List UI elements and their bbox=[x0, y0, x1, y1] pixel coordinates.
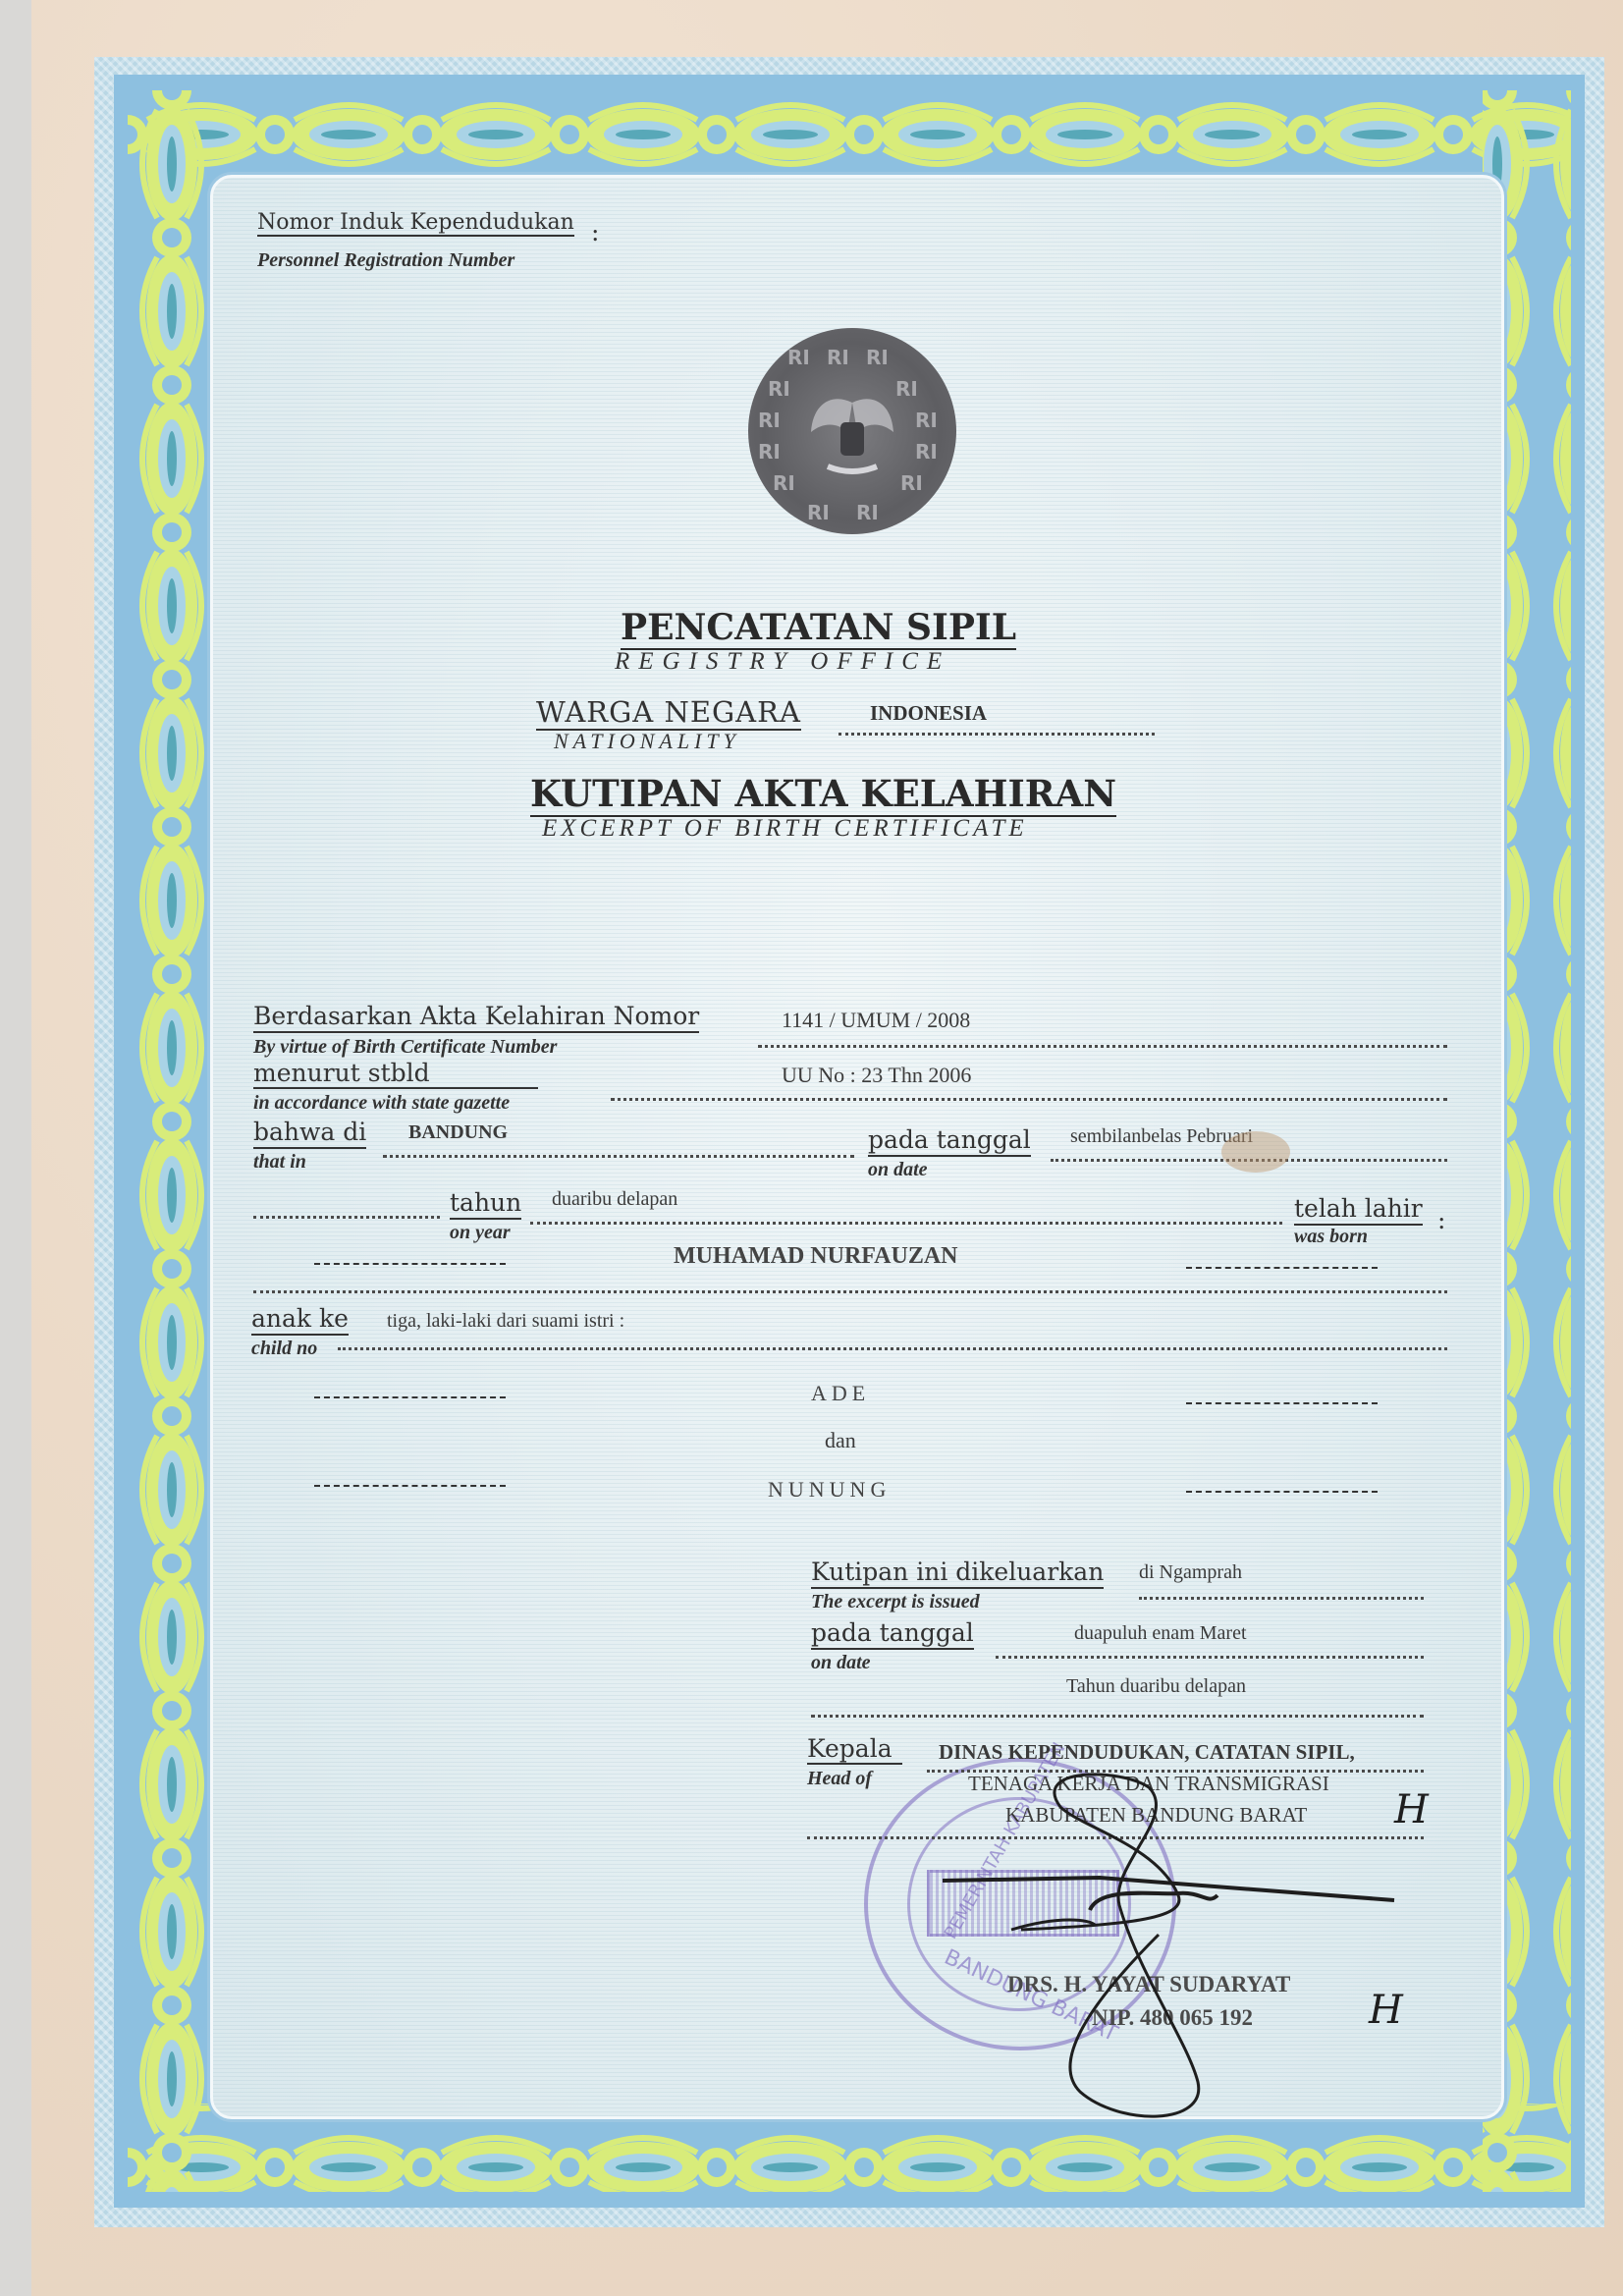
signature bbox=[864, 1748, 1473, 2141]
issued-date-label-en: on date bbox=[811, 1652, 871, 1674]
nationality-dotted-line bbox=[839, 733, 1155, 736]
born-colon: : bbox=[1437, 1206, 1445, 1234]
child-no-label-en: child no bbox=[251, 1338, 317, 1360]
nik-colon: : bbox=[591, 218, 599, 246]
year-label: tahun bbox=[450, 1188, 521, 1220]
office-title-en: REGISTRY OFFICE bbox=[615, 648, 950, 676]
nik-label: Nomor Induk Kependudukan bbox=[257, 210, 574, 237]
year-leading-dotted-line bbox=[253, 1216, 440, 1219]
issued-label-en: The excerpt is issued bbox=[811, 1591, 980, 1613]
initial-mark-top: H bbox=[1394, 1787, 1429, 1832]
father-name: ADE bbox=[811, 1381, 870, 1406]
cert-number-label: Berdasarkan Akta Kelahiran Nomor bbox=[253, 1002, 699, 1033]
gazette-dotted-line bbox=[611, 1098, 1447, 1101]
cert-number-label-en: By virtue of Birth Certificate Number bbox=[253, 1036, 557, 1059]
place-value: BANDUNG bbox=[408, 1121, 508, 1144]
date-label-en: on date bbox=[868, 1159, 928, 1181]
date-label: pada tanggal bbox=[868, 1125, 1031, 1157]
child-no-dotted-line bbox=[338, 1347, 1447, 1350]
issued-place: di Ngamprah bbox=[1139, 1561, 1242, 1584]
scanner-edge bbox=[0, 0, 33, 2296]
born-label-en: was born bbox=[1294, 1226, 1368, 1248]
cert-number-dotted-line bbox=[758, 1045, 1447, 1048]
father-left-dashes bbox=[314, 1396, 506, 1398]
issued-date-dotted-line bbox=[996, 1656, 1424, 1659]
issued-year-dotted-line bbox=[811, 1715, 1424, 1718]
child-no-label: anak ke bbox=[251, 1304, 349, 1336]
gazette-label-en: in accordance with state gazette bbox=[253, 1092, 510, 1115]
born-label: telah lahir bbox=[1294, 1194, 1423, 1226]
mother-right-dashes bbox=[1186, 1491, 1378, 1493]
issued-place-dotted-line bbox=[1139, 1597, 1424, 1600]
year-label-en: on year bbox=[450, 1222, 511, 1244]
paper-stain bbox=[1221, 1131, 1290, 1173]
nik-label-en: Personnel Registration Number bbox=[257, 249, 514, 272]
year-dotted-line bbox=[530, 1222, 1282, 1225]
initial-mark-bottom: H bbox=[1369, 1988, 1403, 2033]
parents-conjunction: dan bbox=[825, 1428, 856, 1453]
nationality-value: INDONESIA bbox=[870, 701, 987, 726]
office-title: PENCATATAN SIPIL bbox=[621, 607, 1016, 650]
cert-number-value: 1141 / UMUM / 2008 bbox=[782, 1008, 970, 1033]
mother-name: NUNUNG bbox=[768, 1477, 891, 1503]
gazette-value: UU No : 23 Thn 2006 bbox=[782, 1063, 971, 1088]
child-no-value: tiga, laki-laki dari suami istri : bbox=[387, 1310, 624, 1333]
mother-left-dashes bbox=[314, 1485, 506, 1487]
place-label: bahwa di bbox=[253, 1118, 366, 1149]
issued-date: duapuluh enam Maret bbox=[1074, 1622, 1247, 1645]
garuda-emblem-hologram: RIRIRI RIRI RIRI RIRI RIRI RIRI bbox=[748, 328, 956, 534]
nationality-label-en: NATIONALITY bbox=[554, 729, 740, 754]
nationality-label: WARGA NEGARA bbox=[536, 695, 801, 731]
gazette-label: menurut stbld bbox=[253, 1059, 538, 1089]
name-left-dashes bbox=[314, 1263, 506, 1265]
place-dotted-line bbox=[383, 1155, 854, 1158]
issued-date-label: pada tanggal bbox=[811, 1618, 974, 1650]
year-value: duaribu delapan bbox=[552, 1188, 677, 1211]
place-label-en: that in bbox=[253, 1151, 306, 1174]
certificate-title: KUTIPAN AKTA KELAHIRAN bbox=[530, 772, 1116, 817]
issued-label: Kutipan ini dikeluarkan bbox=[811, 1558, 1104, 1589]
name-dotted-line bbox=[253, 1290, 1447, 1293]
father-right-dashes bbox=[1186, 1402, 1378, 1404]
certificate-title-en: EXCERPT OF BIRTH CERTIFICATE bbox=[542, 815, 1028, 843]
head-label-en: Head of bbox=[807, 1768, 872, 1790]
name-right-dashes bbox=[1186, 1267, 1378, 1269]
child-name: MUHAMAD NURFAUZAN bbox=[674, 1243, 958, 1270]
issued-year: Tahun duaribu delapan bbox=[1066, 1675, 1246, 1698]
